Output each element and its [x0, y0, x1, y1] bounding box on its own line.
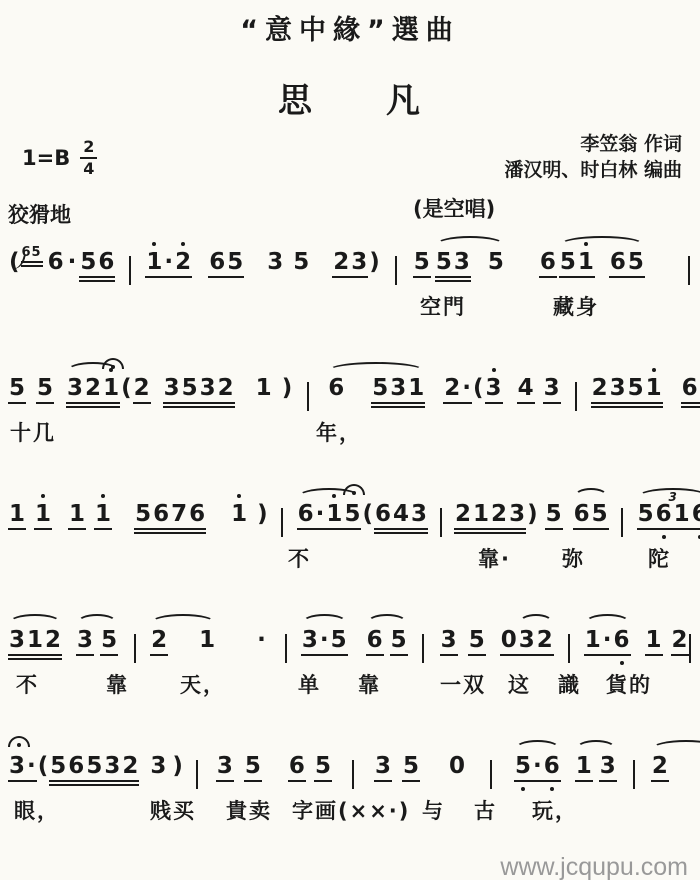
note-token: 6 — [47, 251, 65, 274]
note-token: 3 — [350, 251, 368, 278]
note-text: 1 — [69, 501, 85, 527]
note-token: · — [163, 251, 174, 278]
note-token: 2 — [174, 251, 192, 278]
expression-row: 狡猾地 (是空唱) — [0, 199, 700, 229]
note-text: 1 — [585, 627, 601, 653]
note-text: ) — [527, 501, 538, 527]
note-token: 5 — [627, 251, 645, 278]
note-text: ( — [362, 501, 373, 527]
note-token: 2 — [217, 377, 235, 404]
note-text: 5 — [628, 249, 644, 275]
note-token: 3 — [301, 629, 319, 656]
bar-line — [490, 760, 492, 789]
lyric-syllable: 貨的 — [606, 669, 652, 699]
fermata-icon — [8, 736, 30, 747]
note-token: 6 — [208, 251, 226, 278]
sixteenth-beam — [66, 406, 84, 408]
note-text: 2 — [134, 375, 150, 401]
sixteenth-beam — [627, 406, 645, 408]
note-token: 4 — [392, 503, 410, 530]
note-text: 6 — [153, 501, 169, 527]
note-token: 3 — [266, 251, 284, 274]
octave-dot-below — [521, 787, 525, 791]
note-token: 6 — [188, 503, 206, 530]
note-token: 5 — [244, 755, 262, 782]
note-text: 1 — [103, 375, 119, 401]
note-text: 1 — [326, 501, 342, 527]
notation-line: (656·561·2653523)553565165 — [8, 251, 690, 280]
note-text: 3 — [104, 753, 120, 779]
note-token: 1 — [230, 503, 248, 526]
sixteenth-beam — [681, 406, 699, 408]
note-text: 5 — [344, 501, 360, 527]
sixteenth-beam — [199, 406, 217, 408]
note-text: 1 — [576, 753, 592, 779]
song-title: 思 凡 — [0, 73, 700, 122]
sixteenth-beam — [85, 784, 103, 786]
watermark: www.jcqupu.com — [500, 853, 688, 880]
key-label: 1=B — [22, 146, 70, 170]
sixteenth-beam — [609, 406, 627, 408]
note-token: 2 — [133, 377, 151, 404]
slur-group: 65 — [366, 629, 408, 656]
note-text: 1 — [646, 627, 662, 653]
note-token: 1 — [198, 629, 216, 652]
lyric-syllable: 一双 — [440, 669, 486, 699]
note-token: 3 — [103, 755, 121, 782]
note-token: 5 — [134, 503, 152, 530]
note-text: 5 — [182, 375, 198, 401]
note-token: 2 — [84, 377, 102, 404]
note-text: 6 — [540, 249, 556, 275]
bar-line — [575, 382, 577, 411]
note-token: 1 — [26, 629, 44, 656]
note-token: 1 — [145, 251, 163, 278]
sixteenth-beam — [170, 532, 188, 534]
fermata-icon — [343, 484, 365, 495]
note-text: 2 — [45, 627, 61, 653]
slur-group: 65 — [573, 503, 609, 530]
note-text: 2 — [491, 501, 507, 527]
note-token: 3 — [66, 377, 84, 404]
note-token: 1 — [325, 503, 343, 530]
note-text: 6 — [98, 249, 114, 275]
note-token: 2 — [591, 377, 609, 404]
note-text: 5 — [391, 627, 407, 653]
sixteenth-beam — [152, 532, 170, 534]
note-text: 6 — [289, 753, 305, 779]
note-token: 0 — [448, 755, 466, 778]
note-text: 5 — [331, 627, 347, 653]
note-text: 1 — [146, 249, 162, 275]
note-token: 6 — [297, 503, 315, 530]
note-text: 6 — [68, 753, 84, 779]
note-token: 1 — [472, 503, 490, 530]
note-token: 5 — [487, 251, 505, 274]
note-token: 5 — [8, 377, 26, 404]
note-token: 3 — [518, 629, 536, 656]
note-token: ) — [368, 251, 381, 274]
sixteenth-beam — [374, 532, 392, 534]
note-token: ) — [171, 755, 184, 778]
note-token: 3 — [543, 377, 561, 404]
note-token: 5 — [100, 629, 118, 656]
note-token: 1 — [34, 503, 52, 530]
note-token: 7 — [170, 503, 188, 530]
series-title: “意中緣”選曲 — [0, 8, 700, 47]
note-text: 2 — [122, 753, 138, 779]
note-text: 2 — [592, 375, 608, 401]
note-text: 6 — [682, 375, 698, 401]
octave-dot-below — [550, 787, 554, 791]
bar-line — [352, 760, 354, 789]
note-text: 5 — [245, 753, 261, 779]
note-token: · — [315, 503, 326, 530]
note-text: 5 — [469, 627, 485, 653]
time-signature: 2 4 — [80, 138, 97, 177]
note-text: 3 — [441, 627, 457, 653]
lyric-syllable: 与 — [422, 795, 445, 825]
note-token: 5 — [637, 503, 655, 530]
note-text: 2 — [672, 627, 688, 653]
bar-line — [395, 256, 397, 285]
note-token: 1 — [577, 251, 595, 278]
note-text: 5 — [560, 249, 576, 275]
note-token: 3 — [76, 629, 94, 656]
note-token: ( — [120, 377, 133, 400]
sixteenth-beam — [26, 658, 44, 660]
note-text: 3 — [519, 627, 535, 653]
note-token: 1 — [255, 377, 273, 400]
sixteenth-beam — [188, 532, 206, 534]
fermata-icon — [102, 358, 124, 369]
meta-row: 1=B 2 4 李笠翁 作词 潘汉明、时白林 编曲 — [0, 124, 700, 183]
note-text: 1 — [578, 249, 594, 275]
sixteenth-beam — [21, 265, 43, 267]
octave-dot-above — [492, 368, 496, 372]
note-token: 2 — [332, 251, 350, 278]
note-text: 5 — [372, 375, 388, 401]
note-text: · — [164, 249, 173, 275]
note-text: ) — [282, 375, 293, 401]
note-token: 5 — [292, 251, 310, 274]
note-text: ) — [172, 753, 183, 779]
note-text: 1 — [95, 501, 111, 527]
sixteenth-beam — [435, 280, 453, 282]
note-text: · — [68, 249, 77, 275]
note-token: 1 — [94, 503, 112, 530]
note-text: 5 — [414, 249, 430, 275]
sixteenth-beam — [8, 658, 26, 660]
note-token: 5 — [591, 503, 609, 530]
note-text: ( — [473, 375, 484, 401]
bar-line — [129, 256, 131, 285]
sixteenth-beam — [392, 532, 410, 534]
lyric-syllable: 不 — [288, 543, 311, 573]
note-token: 3 — [410, 503, 428, 530]
note-token: 3 — [8, 629, 26, 656]
note-token: 6 — [681, 377, 699, 404]
note-token: ) — [281, 377, 294, 400]
note-token: 1 — [645, 377, 663, 404]
note-token: 6 — [609, 251, 627, 278]
slur-group: 321 — [66, 377, 120, 404]
note-text: 1 — [231, 501, 247, 527]
sixteenth-beam — [84, 406, 102, 408]
note-token: 5 — [627, 377, 645, 404]
note-token: 1 — [645, 629, 663, 656]
note-text: 1 — [256, 375, 272, 401]
sixteenth-beam — [389, 406, 407, 408]
note-token: 2 — [121, 755, 139, 782]
note-token: 5 — [85, 755, 103, 782]
bar-line — [688, 256, 690, 285]
note-token: 2 — [443, 377, 461, 404]
note-text: 5 — [592, 501, 608, 527]
sixteenth-beam — [102, 406, 120, 408]
expression-marking: 狡猾地 — [8, 199, 71, 229]
sixteenth-beam — [371, 406, 389, 408]
note-text: 2 — [85, 375, 101, 401]
arranger-credit: 潘汉明、时白林 编曲 — [504, 158, 682, 184]
note-text: ) — [257, 501, 268, 527]
note-token: 5 — [79, 251, 97, 278]
notation-line: 111156761)6·15(6432123)565356161 — [8, 503, 690, 532]
note-token: 5 — [559, 251, 577, 278]
note-token: 5 — [49, 755, 67, 782]
note-token: 3 — [8, 755, 26, 782]
bar-line — [633, 760, 635, 789]
note-token: ( — [361, 503, 374, 526]
note-token: 1 — [8, 503, 26, 530]
note-token: 1 — [407, 377, 425, 404]
note-text: 1 — [674, 501, 690, 527]
time-signature-numerator: 2 — [80, 138, 97, 159]
lyricist-credit: 李笠翁 作词 — [504, 132, 682, 158]
octave-dot-above — [584, 242, 588, 246]
lyric-syllable: 单 — [298, 669, 321, 699]
note-text: ) — [369, 249, 380, 275]
note-text: · — [603, 627, 612, 653]
note-token: · — [532, 755, 543, 782]
slur-group: 21 — [651, 755, 700, 782]
note-token: 6 — [539, 251, 557, 278]
note-token: 5 — [314, 755, 332, 782]
note-token: 3 — [453, 251, 471, 278]
slur-group: 3·5 — [301, 629, 348, 656]
note-token: 5 — [545, 503, 563, 530]
note-text: 3 — [454, 249, 470, 275]
note-text: 5 — [488, 249, 504, 275]
note-token: 1 — [68, 503, 86, 530]
note-token: 3 — [485, 377, 503, 404]
note-text: 3 — [509, 501, 525, 527]
slur-group: 1·6 — [584, 629, 631, 656]
note-text: 1 — [646, 375, 662, 401]
note-text: 1 — [408, 375, 424, 401]
note-token: ) — [256, 503, 269, 526]
note-text: 6 — [692, 501, 700, 527]
note-token: 5 — [390, 629, 408, 656]
notation-line: 3123521·3·565350321·612 — [8, 629, 690, 658]
note-token: 6 — [613, 629, 631, 656]
time-signature-denominator: 4 — [83, 159, 94, 178]
note-text: 6 — [209, 249, 225, 275]
note-token: 6 — [67, 755, 85, 782]
slur-group: 21 — [150, 629, 216, 656]
lyric-syllable: 識 — [558, 669, 581, 699]
note-text: 3 — [164, 375, 180, 401]
slur-group: 535 — [435, 251, 505, 278]
note-text: 6 — [375, 501, 391, 527]
note-text: 2 — [444, 375, 460, 401]
note-token: 3 — [199, 377, 217, 404]
bar-line — [422, 634, 424, 663]
lyric-syllable: 靠 — [358, 669, 381, 699]
slur-group: 6531 — [327, 377, 425, 404]
lyric-syllable: 年， — [316, 417, 362, 447]
note-text: 6 — [574, 501, 590, 527]
slur-group: 6·15 — [297, 503, 362, 530]
note-text: 3 — [200, 375, 216, 401]
note-text: 3 — [600, 753, 616, 779]
note-text: 1 — [35, 501, 51, 527]
note-token: 3 — [609, 377, 627, 404]
note-text: 6 — [656, 501, 672, 527]
note-token: 5 — [402, 755, 420, 782]
note-text: 4 — [518, 375, 534, 401]
aside-marking: (是空唱) — [413, 193, 495, 223]
note-text: 3 — [302, 627, 318, 653]
note-text: 0 — [449, 753, 465, 779]
slur-group: 35 — [76, 629, 118, 656]
notation-line: 55321(235321)65312·(34323516532 — [8, 377, 690, 406]
note-text: 5 — [515, 753, 531, 779]
note-token: 6 — [327, 377, 345, 400]
note-token: 3 — [389, 377, 407, 404]
note-text: 5 — [628, 375, 644, 401]
slur-group: 312 — [8, 629, 62, 656]
note-text: 2 — [652, 753, 668, 779]
note-token: 5 — [181, 377, 199, 404]
note-token: ( — [37, 755, 50, 778]
slur-group: 32 — [518, 629, 554, 656]
lyric-syllable: 不 — [16, 669, 39, 699]
sixteenth-beam — [67, 784, 85, 786]
sixteenth-beam — [163, 406, 181, 408]
note-token: 3 — [216, 755, 234, 782]
lyric-syllable: 贱买 — [150, 795, 196, 825]
note-text: 5 — [9, 375, 25, 401]
note-token: 0 — [500, 629, 518, 656]
note-token: 5 — [435, 251, 453, 278]
note-text: · — [316, 501, 325, 527]
note-text: 5 — [403, 753, 419, 779]
note-token: 6 — [152, 503, 170, 530]
note-text: 6 — [544, 753, 560, 779]
sixteenth-beam — [103, 784, 121, 786]
note-token: 6 — [288, 755, 306, 782]
note-text: 5 — [50, 753, 66, 779]
note-token: ) — [526, 503, 539, 526]
note-text: 3 — [77, 627, 93, 653]
note-text: 3 — [544, 375, 560, 401]
credits: 李笠翁 作词 潘汉明、时白林 编曲 — [504, 132, 682, 183]
bar-line — [134, 634, 136, 663]
note-token: 3 — [163, 377, 181, 404]
lyric-syllable: 这 — [508, 669, 531, 699]
note-text: 3 — [217, 753, 233, 779]
note-token: 5 — [226, 251, 244, 278]
sixteenth-beam — [121, 784, 139, 786]
sixteenth-beam — [591, 406, 609, 408]
note-text: 6 — [298, 501, 314, 527]
note-text: · — [320, 627, 329, 653]
note-token: ( — [472, 377, 485, 400]
music-system-2: 55321(235321)65312·(34323516532十几年， — [0, 355, 700, 456]
note-token: · — [256, 629, 267, 652]
note-text: 65 — [22, 245, 42, 260]
note-text: 3 — [267, 249, 283, 275]
note-token: 5 — [343, 503, 361, 530]
music-system-4: 3123521·3·565350321·612不靠天，单靠一双这識貨的 — [0, 607, 700, 708]
note-token: 2 — [454, 503, 472, 530]
note-text: 5 — [135, 501, 151, 527]
note-text: · — [27, 753, 36, 779]
note-token: 5 — [371, 377, 389, 404]
sheet-music-page: “意中緣”選曲 思 凡 1=B 2 4 李笠翁 作词 潘汉明、时白林 编曲 狡猾… — [0, 8, 700, 880]
sixteenth-beam — [407, 406, 425, 408]
note-text: 3 — [486, 375, 502, 401]
note-token: 5 — [413, 251, 431, 278]
slur-group: 35616 — [637, 503, 700, 530]
note-token: 3 — [374, 755, 392, 782]
note-text: 6 — [610, 249, 626, 275]
bar-line — [440, 508, 442, 537]
note-token: 6 — [573, 503, 591, 530]
sixteenth-beam — [410, 532, 428, 534]
note-text: 3 — [67, 375, 83, 401]
lyric-syllable: 陀 — [648, 543, 671, 573]
note-token: 5 — [36, 377, 54, 404]
bar-line — [285, 634, 287, 663]
sixteenth-beam — [490, 532, 508, 534]
octave-dot-above — [181, 242, 185, 246]
note-text: 4 — [393, 501, 409, 527]
note-text: 3 — [411, 501, 427, 527]
slur-group: 5·6 — [514, 755, 561, 782]
note-token: 1 — [584, 629, 602, 656]
note-text: 5 — [315, 753, 331, 779]
note-token: 6 — [97, 251, 115, 278]
note-text: 5 — [293, 249, 309, 275]
note-token: 6 — [374, 503, 392, 530]
note-token: 4 — [517, 377, 535, 404]
lyric-syllable: 玩， — [532, 795, 578, 825]
music-system-1: (656·561·2653523)553565165空門藏身 — [0, 229, 700, 330]
note-token: 5 — [468, 629, 486, 656]
note-text: 1 — [199, 627, 215, 653]
lyric-syllable: 靠 — [106, 669, 129, 699]
note-text: · — [257, 627, 266, 653]
note-text: 3 — [375, 753, 391, 779]
lyric-syllable: 空門 — [420, 291, 466, 321]
bar-line — [307, 382, 309, 411]
note-text: 2 — [333, 249, 349, 275]
note-text: 5 — [227, 249, 243, 275]
note-text: 3 — [150, 753, 166, 779]
key-signature: 1=B 2 4 — [22, 138, 97, 177]
